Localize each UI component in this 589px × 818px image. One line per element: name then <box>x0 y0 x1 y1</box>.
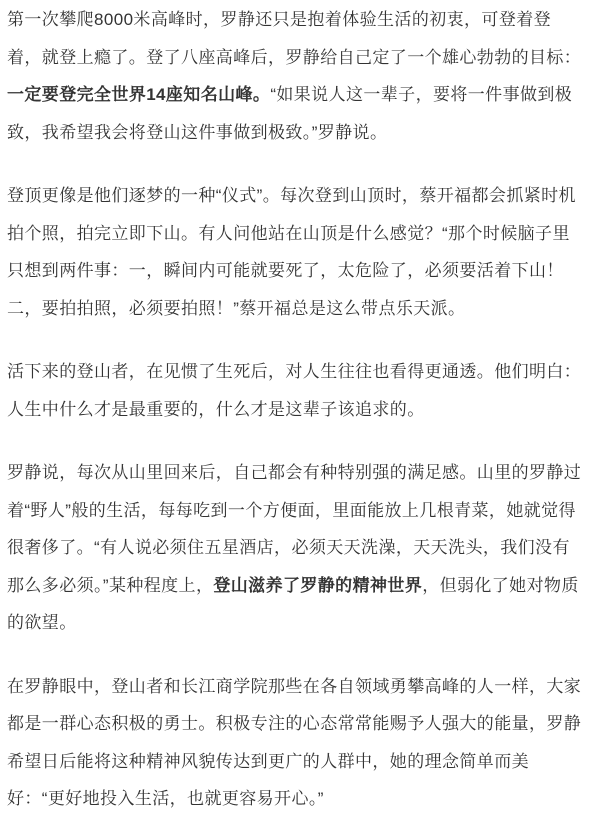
paragraph-text: 第一次攀爬8000米高峰时，罗静还只是抱着体验生活的初衷，可登着登着，就登上瘾了… <box>7 10 581 67</box>
paragraph-text-bold: 登山滋养了罗静的精神世界 <box>213 576 422 595</box>
article-body: 第一次攀爬8000米高峰时，罗静还只是抱着体验生活的初衷，可登着登着，就登上瘾了… <box>0 0 589 818</box>
article-paragraph: 活下来的登山者，在见惯了生死后，对人生往往也看得更通透。他们明白：人生中什么才是… <box>7 353 582 428</box>
paragraph-text-bold: 一定要登完全世界14座知名山峰。 <box>7 85 270 104</box>
paragraph-text: 在罗静眼中，登山者和长江商学院那些在各自领域勇攀高峰的人一样，大家都是一群心态积… <box>7 677 581 809</box>
article-paragraph: 罗静说，每次从山里回来后，自己都会有种特别强的满足感。山里的罗静过着“野人”般的… <box>7 454 582 642</box>
paragraph-text: 登顶更像是他们逐梦的一种“仪式”。每次登到山顶时，蔡开福都会抓紧时机拍个照，拍完… <box>7 186 576 318</box>
article-paragraph: 登顶更像是他们逐梦的一种“仪式”。每次登到山顶时，蔡开福都会抓紧时机拍个照，拍完… <box>7 177 582 327</box>
article-paragraph: 第一次攀爬8000米高峰时，罗静还只是抱着体验生活的初衷，可登着登着，就登上瘾了… <box>7 1 582 151</box>
article-paragraph: 在罗静眼中，登山者和长江商学院那些在各自领域勇攀高峰的人一样，大家都是一群心态积… <box>7 668 582 818</box>
paragraph-text: 活下来的登山者，在见惯了生死后，对人生往往也看得更通透。他们明白：人生中什么才是… <box>7 362 581 419</box>
